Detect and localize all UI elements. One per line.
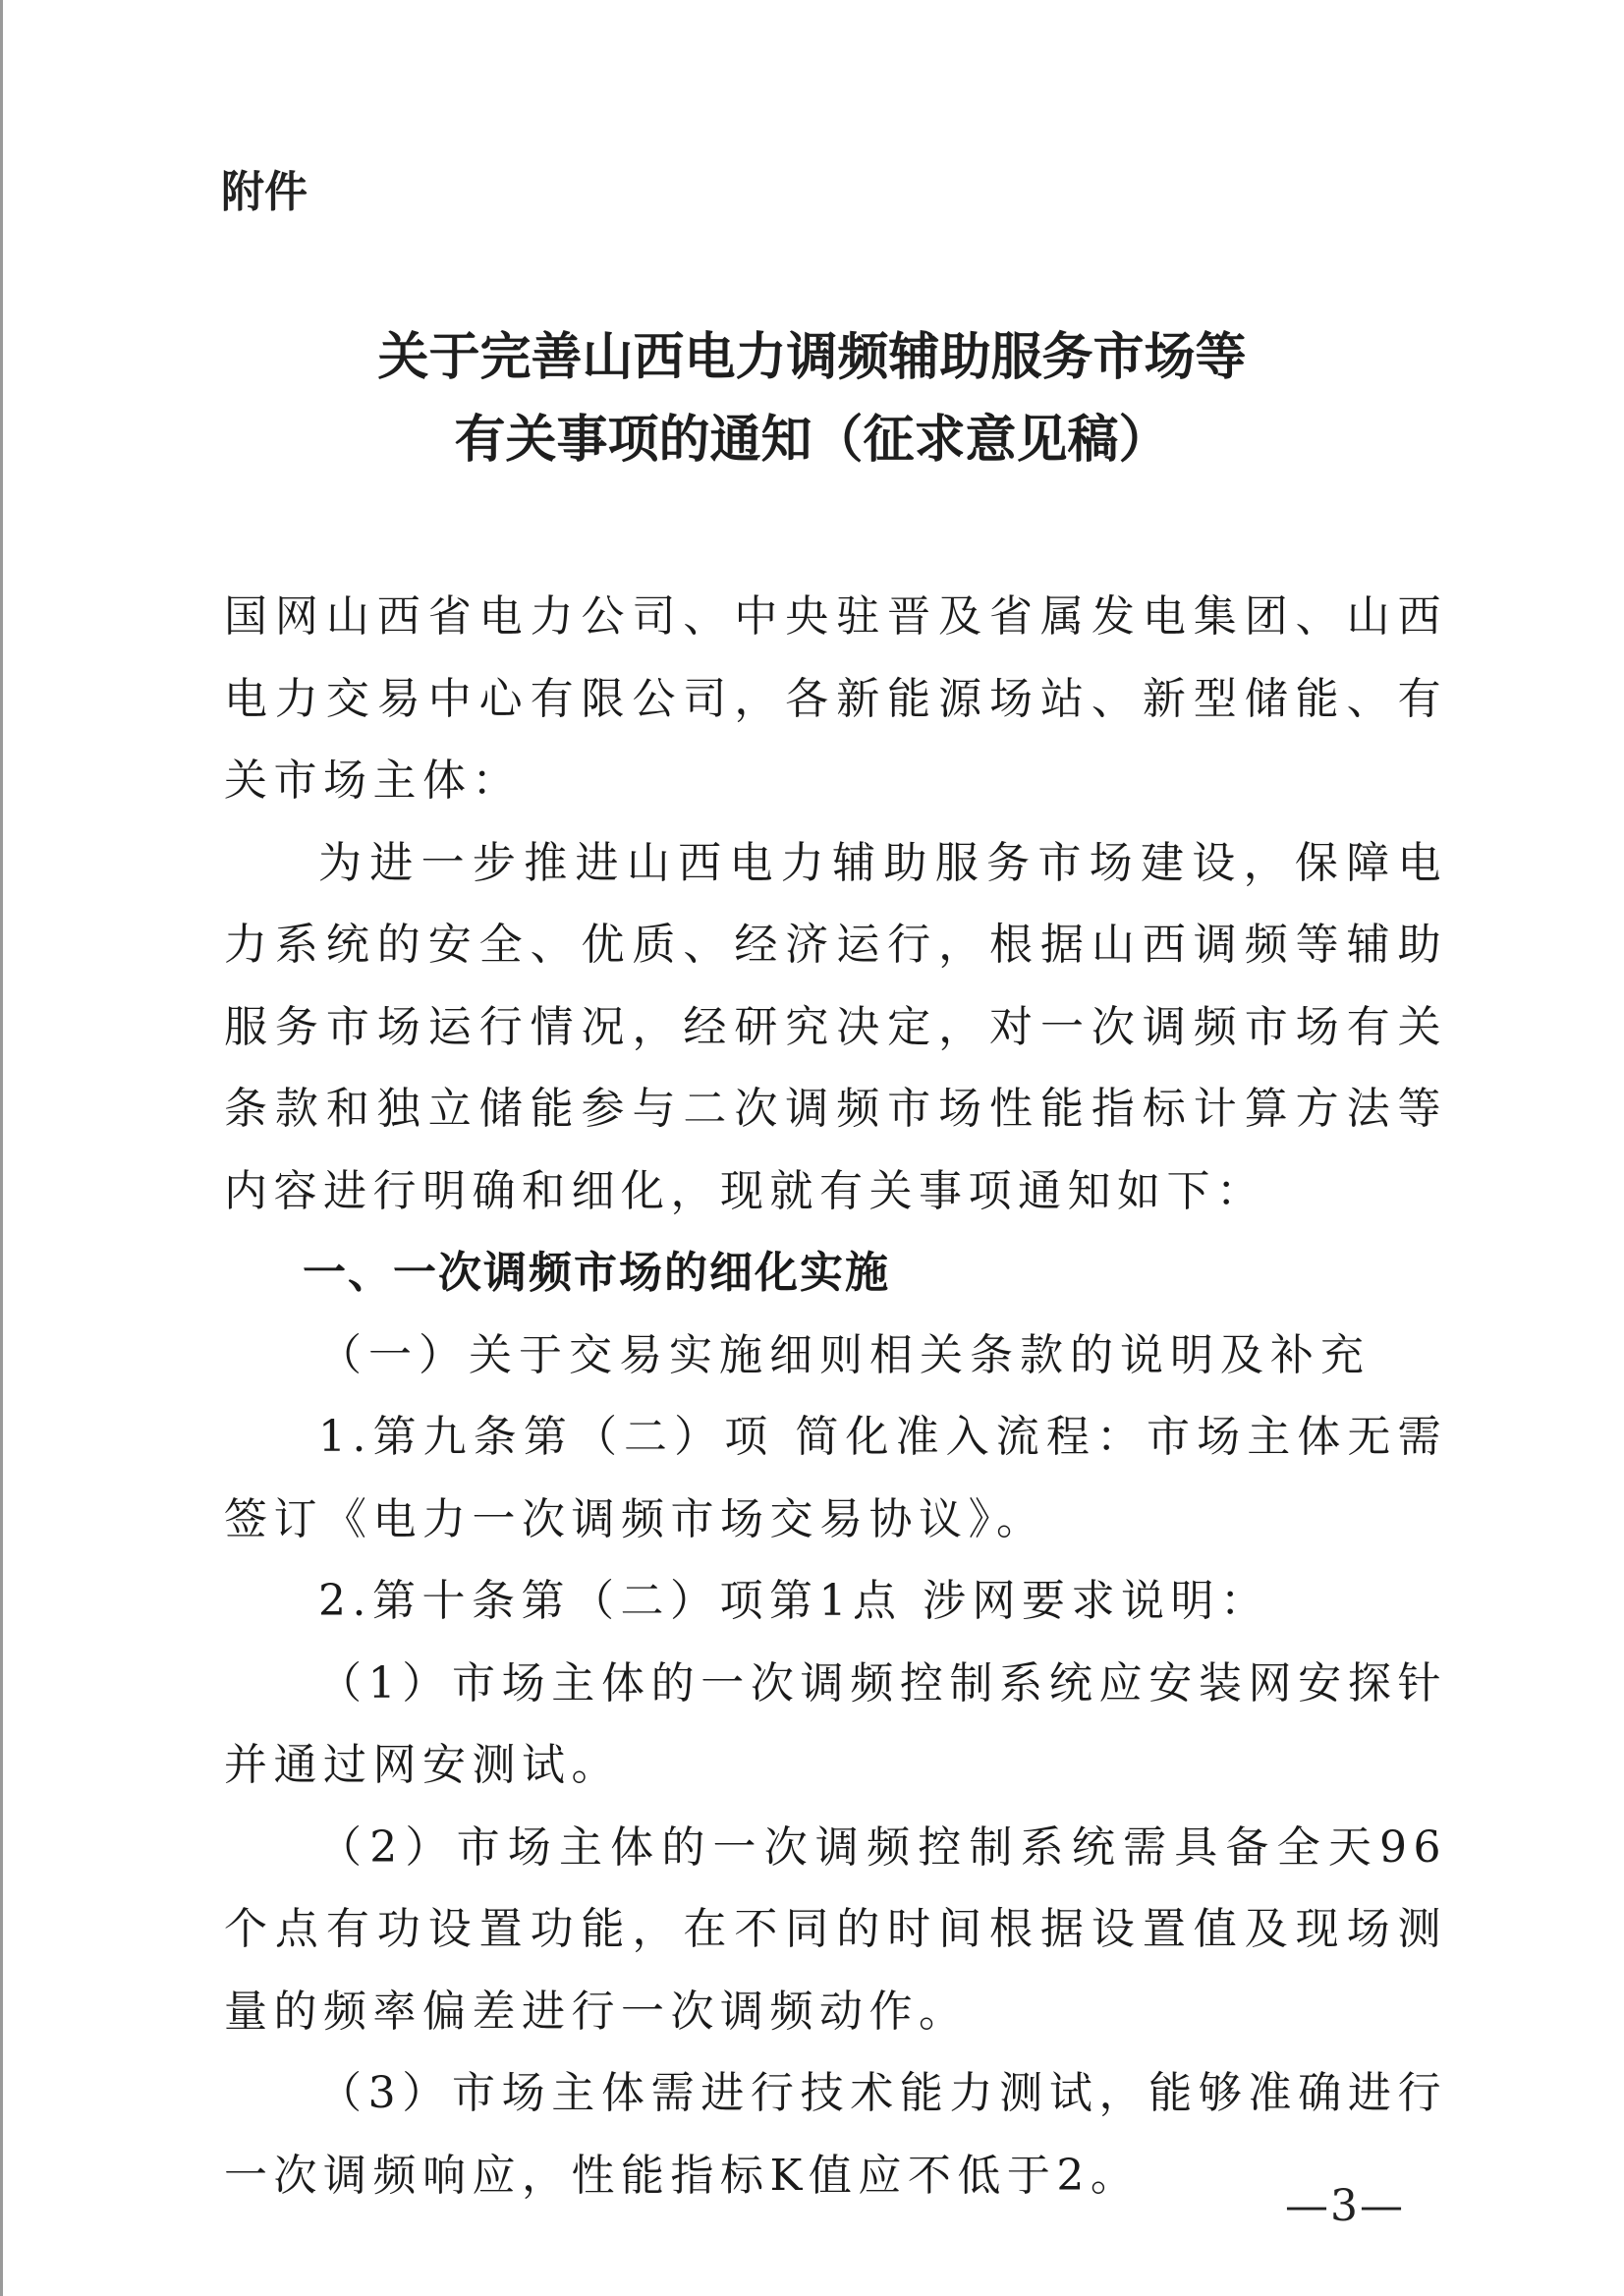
intro-paragraph: 为进一步推进山西电力辅助服务市场建设，保障电力系统的安全、优质、经济运行，根据山… — [224, 822, 1447, 1233]
addressee-paragraph: 国网山西省电力公司、中央驻晋及省属发电集团、山西电力交易中心有限公司，各新能源场… — [224, 576, 1447, 822]
document-title: 关于完善山西电力调频辅助服务市场等 有关事项的通知（征求意见稿） — [0, 316, 1624, 481]
section-heading: 一、一次调频市场的细化实施 — [224, 1232, 1447, 1315]
sub-item-3: （3）市场主体需进行技术能力测试，能够准确进行一次调频响应，性能指标K值应不低于… — [224, 2052, 1447, 2216]
attachment-label: 附件 — [221, 165, 308, 220]
title-line-1: 关于完善山西电力调频辅助服务市场等 — [0, 316, 1624, 399]
title-line-2: 有关事项的通知（征求意见稿） — [0, 399, 1624, 481]
document-body: 国网山西省电力公司、中央驻晋及省属发电集团、山西电力交易中心有限公司，各新能源场… — [224, 576, 1447, 2216]
subsection-heading: （一）关于交易实施细则相关条款的说明及补充 — [224, 1315, 1447, 1397]
sub-item-1: （1）市场主体的一次调频控制系统应安装网安探针并通过网安测试。 — [224, 1643, 1447, 1807]
clause-item-1: 1.第九条第（二）项 简化准入流程：市场主体无需签订《电力一次调频市场交易协议》… — [224, 1396, 1447, 1560]
page-number: —3— — [1285, 2179, 1405, 2234]
clause-item-2: 2.第十条第（二）项第1点 涉网要求说明： — [224, 1560, 1447, 1643]
sub-item-2: （2）市场主体的一次调频控制系统需具备全天96个点有功设置功能，在不同的时间根据… — [224, 1807, 1447, 2053]
